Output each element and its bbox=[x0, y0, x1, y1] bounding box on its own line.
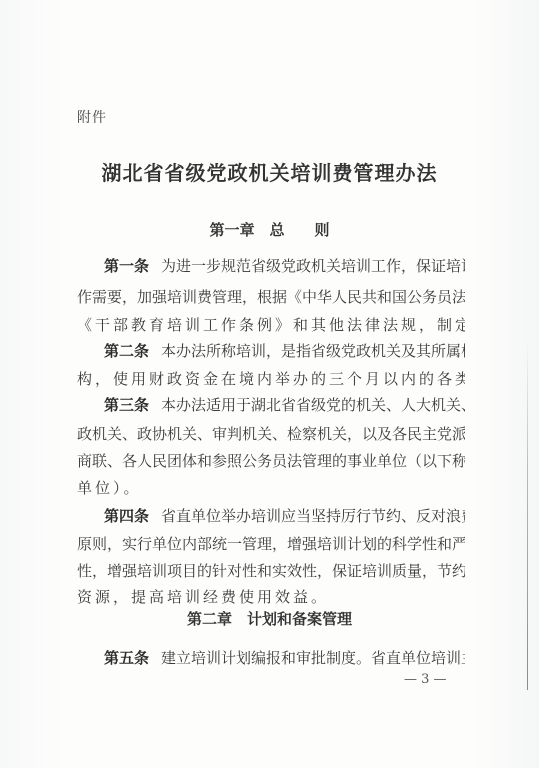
chapter-heading-2: 第二章 计划和备案管理 bbox=[0, 608, 539, 629]
article-3-line-3: 商联、各人民团体和参照公务员法管理的事业单位（以下称省直 bbox=[77, 451, 465, 471]
article-3-line-4: 单位）。 bbox=[77, 478, 465, 498]
article-2-line-2: 构，使用财政资金在境内举办的三个月以内的各类培训。 bbox=[77, 369, 465, 389]
article-3-line-1: 第三条本办法适用于湖北省省级党的机关、人大机关、行 bbox=[104, 395, 465, 415]
article-3-line-2: 政机关、政协机关、审判机关、检察机关，以及各民主党派、工 bbox=[77, 424, 465, 444]
article-label: 第一条 bbox=[104, 257, 149, 275]
document-page: 附件 湖北省省级党政机关培训费管理办法 第一章 总 则 第一条为进一步规范省级党… bbox=[0, 0, 539, 768]
article-4-line-3: 性，增强培训项目的针对性和实效性，保证培训质量，节约培训 bbox=[77, 561, 465, 581]
attachment-label: 附件 bbox=[77, 107, 107, 127]
page-number: — 3 — bbox=[404, 672, 447, 687]
article-1-line-2: 作需要，加强培训费管理，根据《中华人民共和国公务员法》、 bbox=[77, 287, 465, 307]
article-4-line-2: 原则，实行单位内部统一管理，增强培训计划的科学性和严肃 bbox=[77, 534, 465, 554]
article-label: 第二条 bbox=[104, 342, 149, 360]
page-edge-line bbox=[527, 340, 528, 690]
article-label: 第三条 bbox=[104, 396, 149, 414]
chapter-heading-1: 第一章 总 则 bbox=[0, 219, 539, 240]
document-title: 湖北省省级党政机关培训费管理办法 bbox=[0, 157, 539, 186]
article-1-line-1: 第一条为进一步规范省级党政机关培训工作，保证培训工 bbox=[104, 256, 465, 276]
article-1-line-3: 《干部教育培训工作条例》和其他法律法规，制定本办法。 bbox=[77, 315, 465, 335]
article-2-line-1: 第二条本办法所称培训，是指省级党政机关及其所属机 bbox=[104, 341, 465, 361]
article-label: 第四条 bbox=[104, 507, 149, 525]
article-4-line-1: 第四条省直单位举办培训应当坚持厉行节约、反对浪费的 bbox=[104, 506, 465, 526]
article-4-line-4: 资源，提高培训经费使用效益。 bbox=[77, 587, 465, 607]
article-label: 第五条 bbox=[104, 649, 149, 667]
article-5-line-1: 第五条建立培训计划编报和审批制度。省直单位培训主管 bbox=[104, 648, 465, 668]
